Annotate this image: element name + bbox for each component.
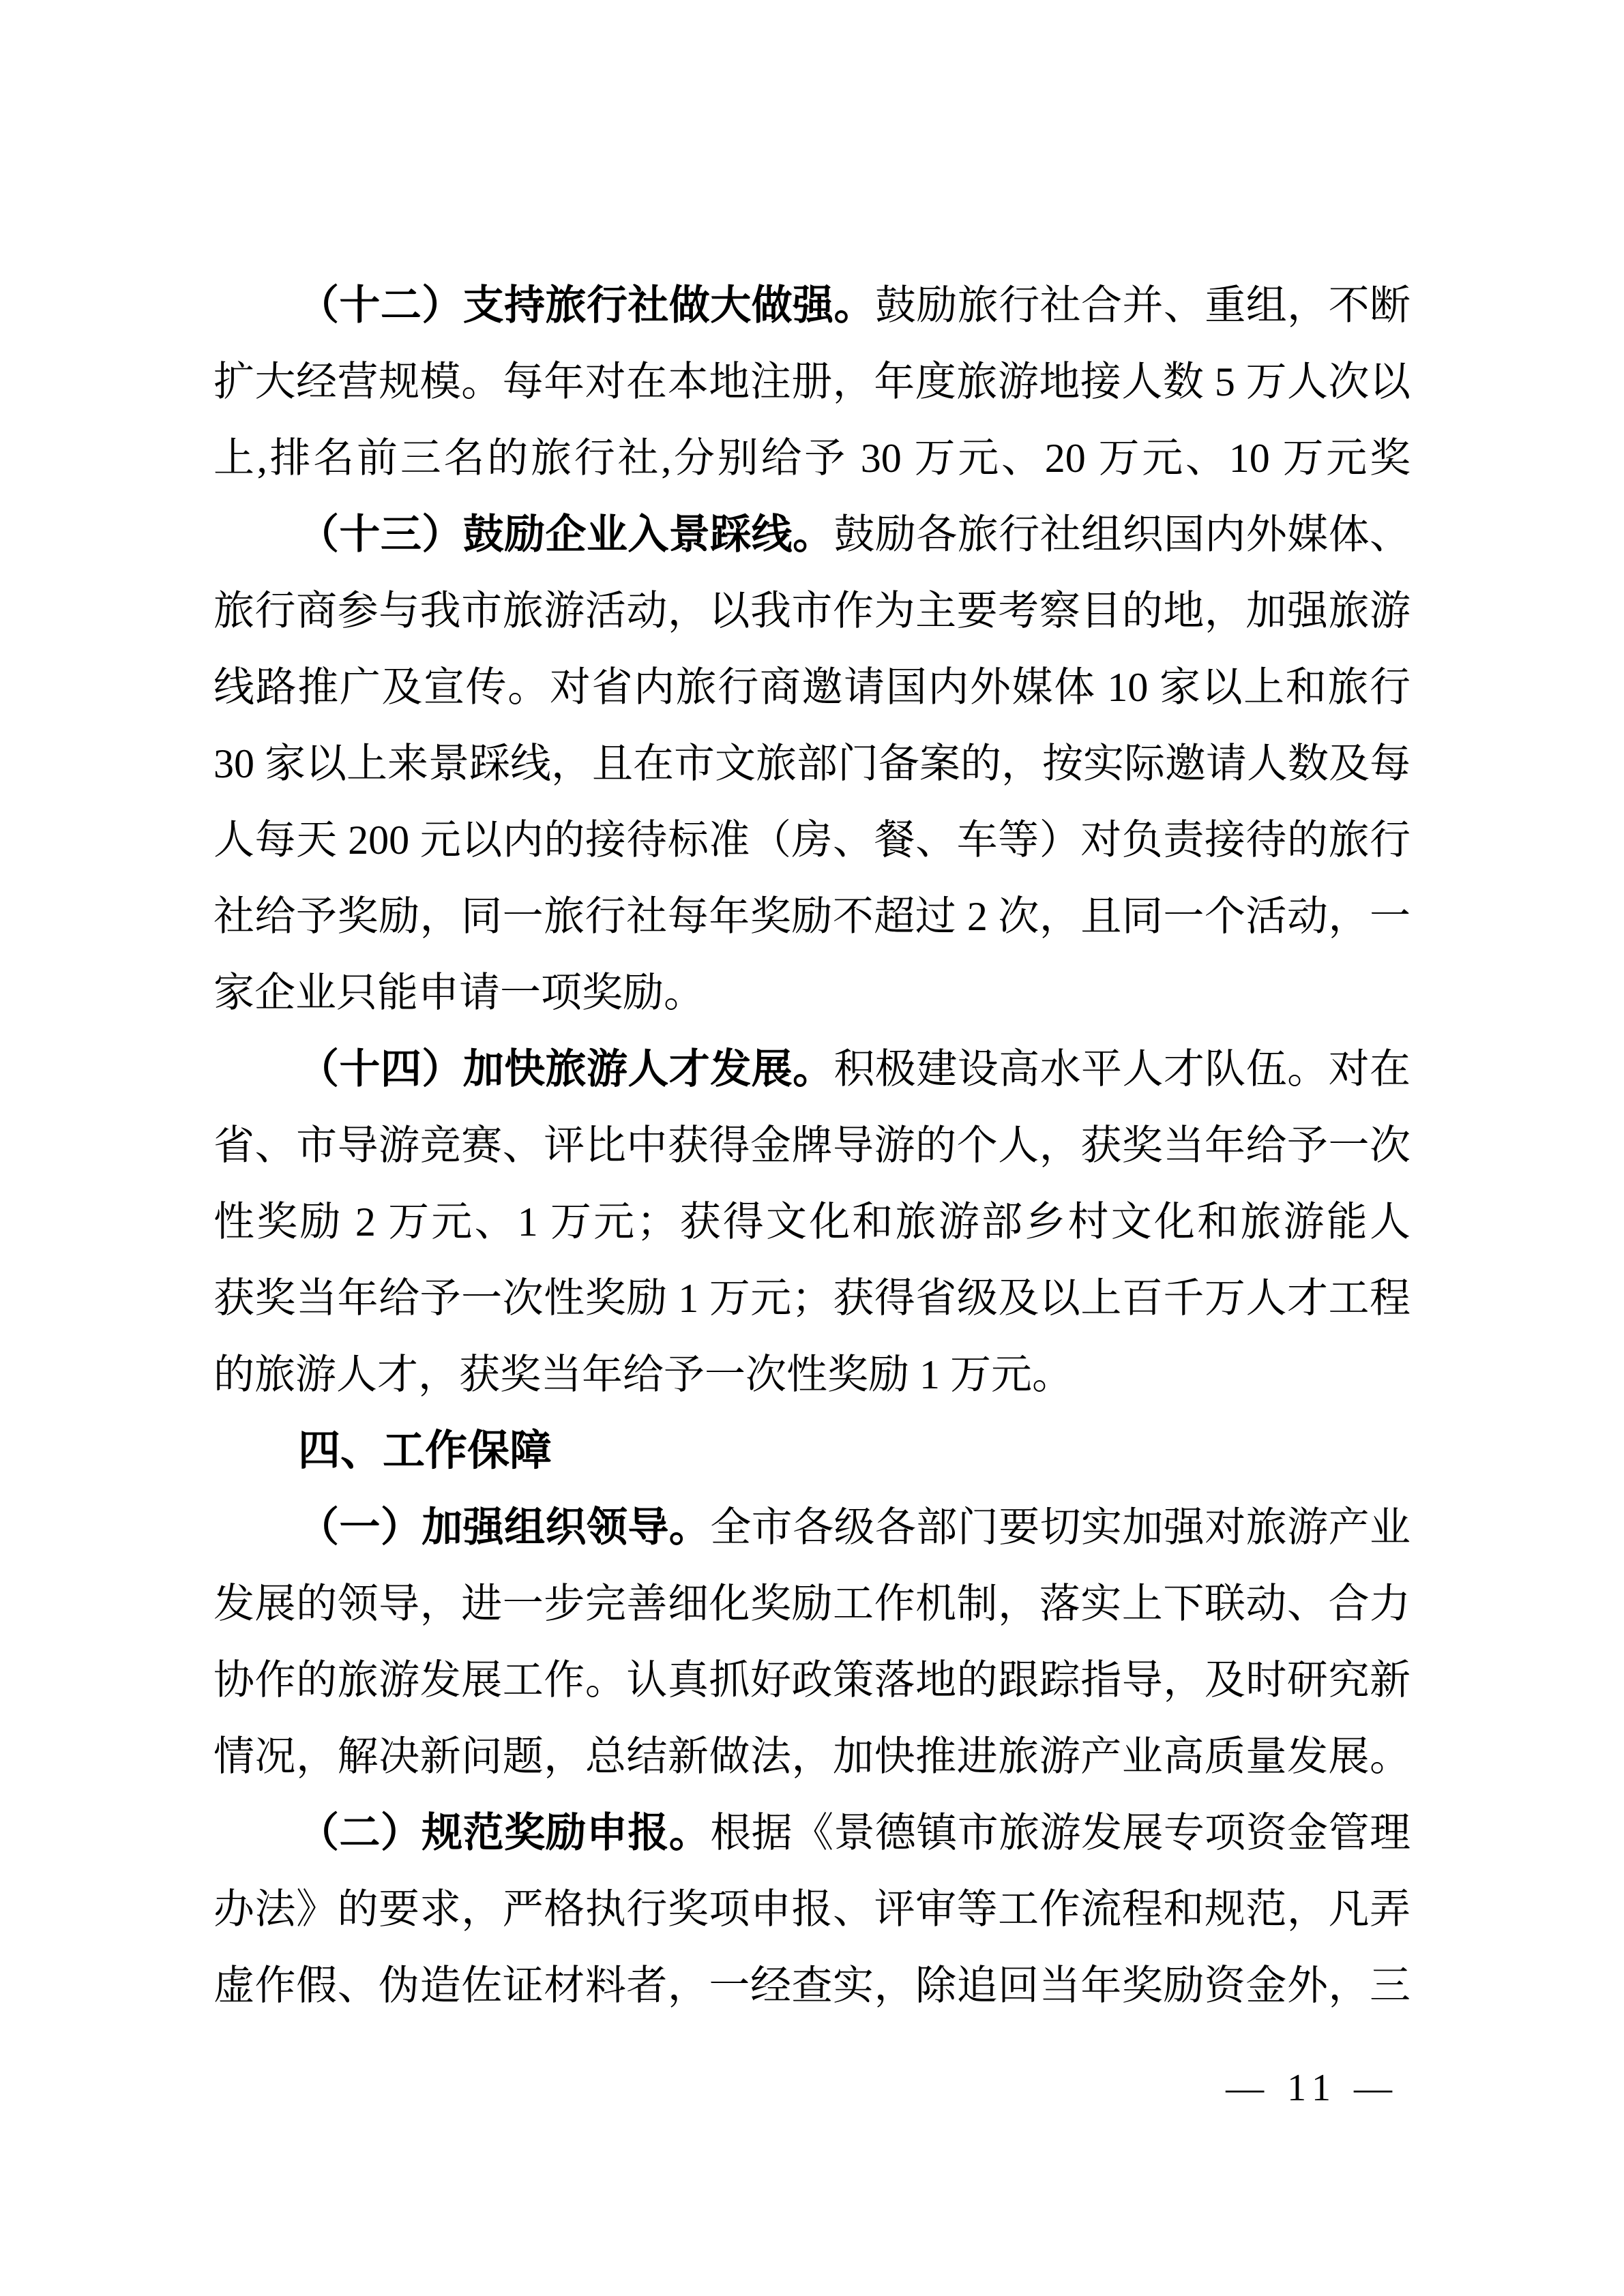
paragraph-line: 发展的领导，进一步完善细化奖励工作机制，落实上下联动、合力 — [213, 1566, 1411, 1642]
line-text: 扩大经营规模。每年对在本地注册，年度旅游地接人数 5 万人次以 — [213, 359, 1411, 404]
line-text: 获奖当年给予一次性奖励 1 万元；获得省级及以上百千万人才工程 — [213, 1276, 1411, 1321]
paragraph-line: 情况，解决新问题，总结新做法，加快推进旅游产业高质量发展。 — [213, 1718, 1411, 1795]
line-text: 社给予奖励，同一旅行社每年奖励不超过 2 次，且同一个活动，一 — [213, 894, 1411, 939]
line-text: 根据《景德镇市旅游发展专项资金管理 — [710, 1810, 1411, 1855]
line-text: 发展的领导，进一步完善细化奖励工作机制，落实上下联动、合力 — [213, 1581, 1411, 1626]
paragraph-line: 性奖励 2 万元、1 万元；获得文化和旅游部乡村文化和旅游能人者， — [213, 1184, 1411, 1260]
paragraph-line: 上,排名前三名的旅行社,分别给予 30 万元、20 万元、10 万元奖励。 — [213, 420, 1411, 496]
paragraph-line: 的旅游人才，获奖当年给予一次性奖励 1 万元。 — [213, 1337, 1411, 1413]
line-text: 情况，解决新问题，总结新做法，加快推进旅游产业高质量发展。 — [213, 1734, 1411, 1779]
paragraph-line: （一）加强组织领导。全市各级各部门要切实加强对旅游产业 — [213, 1489, 1411, 1566]
paragraph-line: 人每天 200 元以内的接待标准（房、餐、车等）对负责接待的旅行 — [213, 802, 1411, 878]
line-text: 协作的旅游发展工作。认真抓好政策落地的跟踪指导，及时研究新 — [213, 1658, 1411, 1703]
paragraph-lead: （一）加强组织领导。 — [298, 1505, 710, 1550]
paragraph-line: 协作的旅游发展工作。认真抓好政策落地的跟踪指导，及时研究新 — [213, 1642, 1411, 1718]
paragraph-line: （十三）鼓励企业入景踩线。鼓励各旅行社组织国内外媒体、 — [213, 496, 1411, 573]
paragraph-line: 省、市导游竞赛、评比中获得金牌导游的个人，获奖当年给予一次 — [213, 1107, 1411, 1184]
line-text: 30 家以上来景踩线，且在市文旅部门备案的，按实际邀请人数及每 — [213, 741, 1411, 786]
line-text: 虚作假、伪造佐证材料者，一经查实，除追回当年奖励资金外，三 — [213, 1963, 1411, 2008]
paragraph-line: 旅行商参与我市旅游活动，以我市作为主要考察目的地，加强旅游 — [213, 573, 1411, 649]
document-page: （十二）支持旅行社做大做强。鼓励旅行社合并、重组，不断 扩大经营规模。每年对在本… — [0, 0, 1624, 2296]
paragraph-line: 获奖当年给予一次性奖励 1 万元；获得省级及以上百千万人才工程 — [213, 1260, 1411, 1337]
paragraph-line: 家企业只能申请一项奖励。 — [213, 955, 1411, 1031]
paragraph-line: 线路推广及宣传。对省内旅行商邀请国内外媒体 10 家以上和旅行商 — [213, 649, 1411, 726]
line-text: 上,排名前三名的旅行社,分别给予 30 万元、20 万元、10 万元奖励。 — [213, 436, 1411, 496]
paragraph-line: 30 家以上来景踩线，且在市文旅部门备案的，按实际邀请人数及每 — [213, 726, 1411, 802]
line-text: 鼓励旅行社合并、重组，不断 — [875, 283, 1411, 328]
line-text: 全市各级各部门要切实加强对旅游产业 — [710, 1505, 1411, 1550]
paragraph-lead: （十三）鼓励企业入景踩线。 — [298, 512, 834, 557]
line-text: 家企业只能申请一项奖励。 — [213, 970, 705, 1015]
section-heading: 四、工作保障 — [213, 1413, 1411, 1489]
paragraph-lead: （二）规范奖励申报。 — [298, 1810, 710, 1855]
page-number: — 11 — — [1226, 2054, 1399, 2122]
line-text: 线路推广及宣传。对省内旅行商邀请国内外媒体 10 家以上和旅行商 — [213, 665, 1411, 726]
text-block: （十二）支持旅行社做大做强。鼓励旅行社合并、重组，不断 扩大经营规模。每年对在本… — [213, 267, 1411, 2024]
line-text: 旅行商参与我市旅游活动，以我市作为主要考察目的地，加强旅游 — [213, 588, 1411, 633]
paragraph-line: （十四）加快旅游人才发展。积极建设高水平人才队伍。对在 — [213, 1031, 1411, 1107]
line-text: 性奖励 2 万元、1 万元；获得文化和旅游部乡村文化和旅游能人者， — [213, 1199, 1411, 1260]
paragraph-lead: （十二）支持旅行社做大做强。 — [298, 283, 875, 328]
paragraph-line: （十二）支持旅行社做大做强。鼓励旅行社合并、重组，不断 — [213, 267, 1411, 344]
line-text: 鼓励各旅行社组织国内外媒体、 — [834, 512, 1411, 557]
line-text: 省、市导游竞赛、评比中获得金牌导游的个人，获奖当年给予一次 — [213, 1123, 1411, 1168]
paragraph-line: 社给予奖励，同一旅行社每年奖励不超过 2 次，且同一个活动，一 — [213, 878, 1411, 955]
section-heading-text: 四、工作保障 — [298, 1427, 552, 1474]
paragraph-line: 扩大经营规模。每年对在本地注册，年度旅游地接人数 5 万人次以 — [213, 344, 1411, 420]
line-text: 人每天 200 元以内的接待标准（房、餐、车等）对负责接待的旅行 — [213, 818, 1411, 863]
line-text: 办法》的要求，严格执行奖项申报、评审等工作流程和规范，凡弄 — [213, 1887, 1411, 1932]
line-text: 的旅游人才，获奖当年给予一次性奖励 1 万元。 — [213, 1352, 1073, 1397]
paragraph-line: 虚作假、伪造佐证材料者，一经查实，除追回当年奖励资金外，三 — [213, 1948, 1411, 2024]
paragraph-line: 办法》的要求，严格执行奖项申报、评审等工作流程和规范，凡弄 — [213, 1871, 1411, 1948]
paragraph-lead: （十四）加快旅游人才发展。 — [298, 1047, 834, 1092]
paragraph-line: （二）规范奖励申报。根据《景德镇市旅游发展专项资金管理 — [213, 1795, 1411, 1871]
line-text: 积极建设高水平人才队伍。对在 — [834, 1047, 1411, 1092]
